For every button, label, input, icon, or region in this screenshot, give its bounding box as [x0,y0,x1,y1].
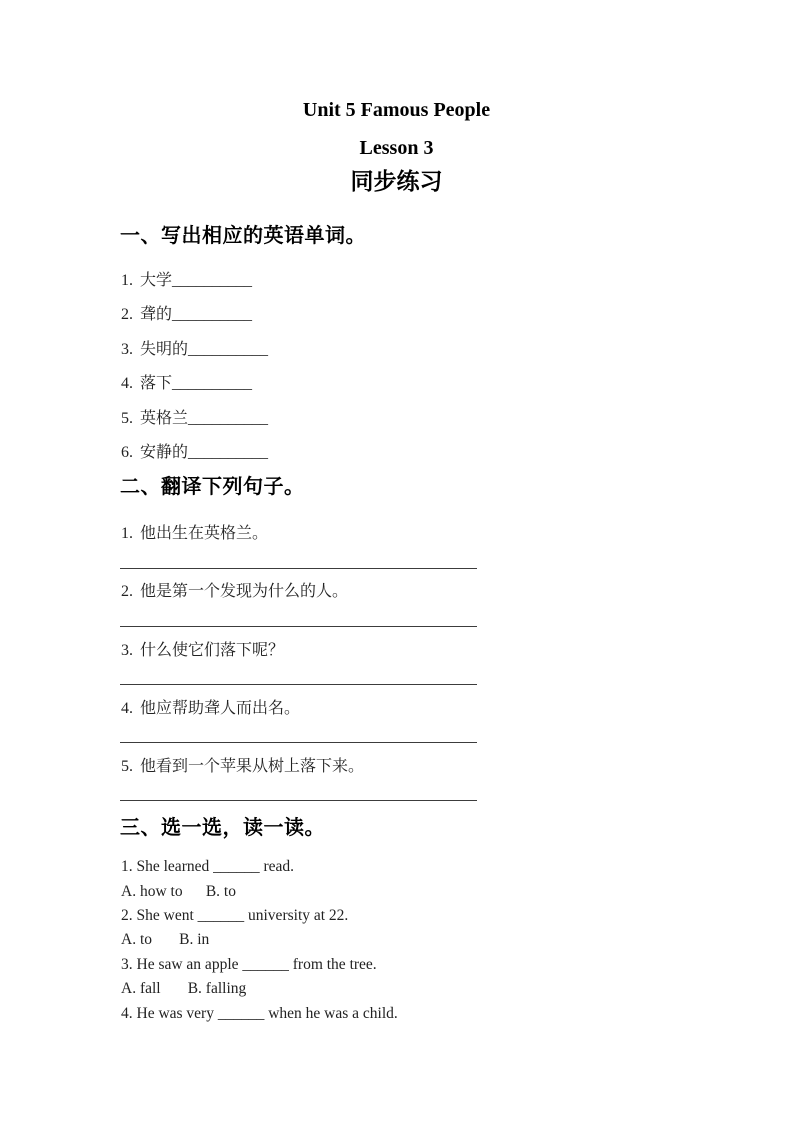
choice-question-1: 1. She learned ______ read. [121,858,294,876]
chinese-word: 失明的 [140,341,188,358]
chinese-sentence: 他应帮助聋人而出名。 [140,700,300,717]
word-item-5: 5.英格兰__________ [121,409,268,428]
answer-blank: __________ [188,341,268,358]
chinese-word: 聋的 [140,306,172,323]
item-number: 6. [121,444,133,461]
chinese-sentence: 什么使它们落下呢？ [140,642,284,659]
item-number: 1. [121,272,133,289]
chinese-sentence: 他出生在英格兰。 [140,525,268,542]
translate-item-2: 2.他是第一个发现为什么的人。 [121,582,348,601]
choice-question-4: 4. He was very ______ when he was a chil… [121,1005,398,1023]
word-item-3: 3.失明的__________ [121,340,268,359]
answer-line [120,626,477,627]
lesson-title: Lesson 3 [0,137,793,159]
item-number: 3. [121,642,133,659]
chinese-sentence: 他是第一个发现为什么的人。 [140,583,348,600]
item-number: 1. [121,525,133,542]
word-item-2: 2.聋的__________ [121,305,252,324]
word-item-1: 1.大学__________ [121,271,252,290]
section-two-heading: 二、翻译下列句子。 [120,476,305,499]
answer-line [120,800,477,801]
answer-blank: __________ [172,306,252,323]
item-number: 5. [121,758,133,775]
choice-options-3: A. fall B. falling [121,980,246,998]
translate-item-4: 4.他应帮助聋人而出名。 [121,699,300,718]
chinese-word: 落下 [140,375,172,392]
answer-blank: __________ [188,410,268,427]
choice-options-1: A. how to B. to [121,883,236,901]
unit-title: Unit 5 Famous People [0,99,793,121]
answer-line [120,568,477,569]
chinese-word: 安静的 [140,444,188,461]
item-number: 3. [121,341,133,358]
chinese-word: 英格兰 [140,410,188,427]
answer-line [120,684,477,685]
section-three-heading: 三、选一选，读一读。 [120,817,325,840]
translate-item-3: 3.什么使它们落下呢？ [121,641,284,660]
choice-options-2: A. to B. in [121,931,209,949]
answer-blank: __________ [188,444,268,461]
chinese-word: 大学 [140,272,172,289]
choice-question-2: 2. She went ______ university at 22. [121,907,348,925]
item-number: 2. [121,583,133,600]
item-number: 4. [121,700,133,717]
item-number: 4. [121,375,133,392]
item-number: 2. [121,306,133,323]
subtitle-practice: 同步练习 [0,169,793,194]
translate-item-5: 5.他看到一个苹果从树上落下来。 [121,757,364,776]
worksheet-page: Unit 5 Famous People Lesson 3 同步练习 一、写出相… [0,0,793,1122]
answer-blank: __________ [172,375,252,392]
word-item-6: 6.安静的__________ [121,443,268,462]
chinese-sentence: 他看到一个苹果从树上落下来。 [140,758,364,775]
section-one-heading: 一、写出相应的英语单词。 [120,225,366,248]
item-number: 5. [121,410,133,427]
answer-line [120,742,477,743]
choice-question-3: 3. He saw an apple ______ from the tree. [121,956,377,974]
answer-blank: __________ [172,272,252,289]
word-item-4: 4.落下__________ [121,374,252,393]
translate-item-1: 1.他出生在英格兰。 [121,524,268,543]
